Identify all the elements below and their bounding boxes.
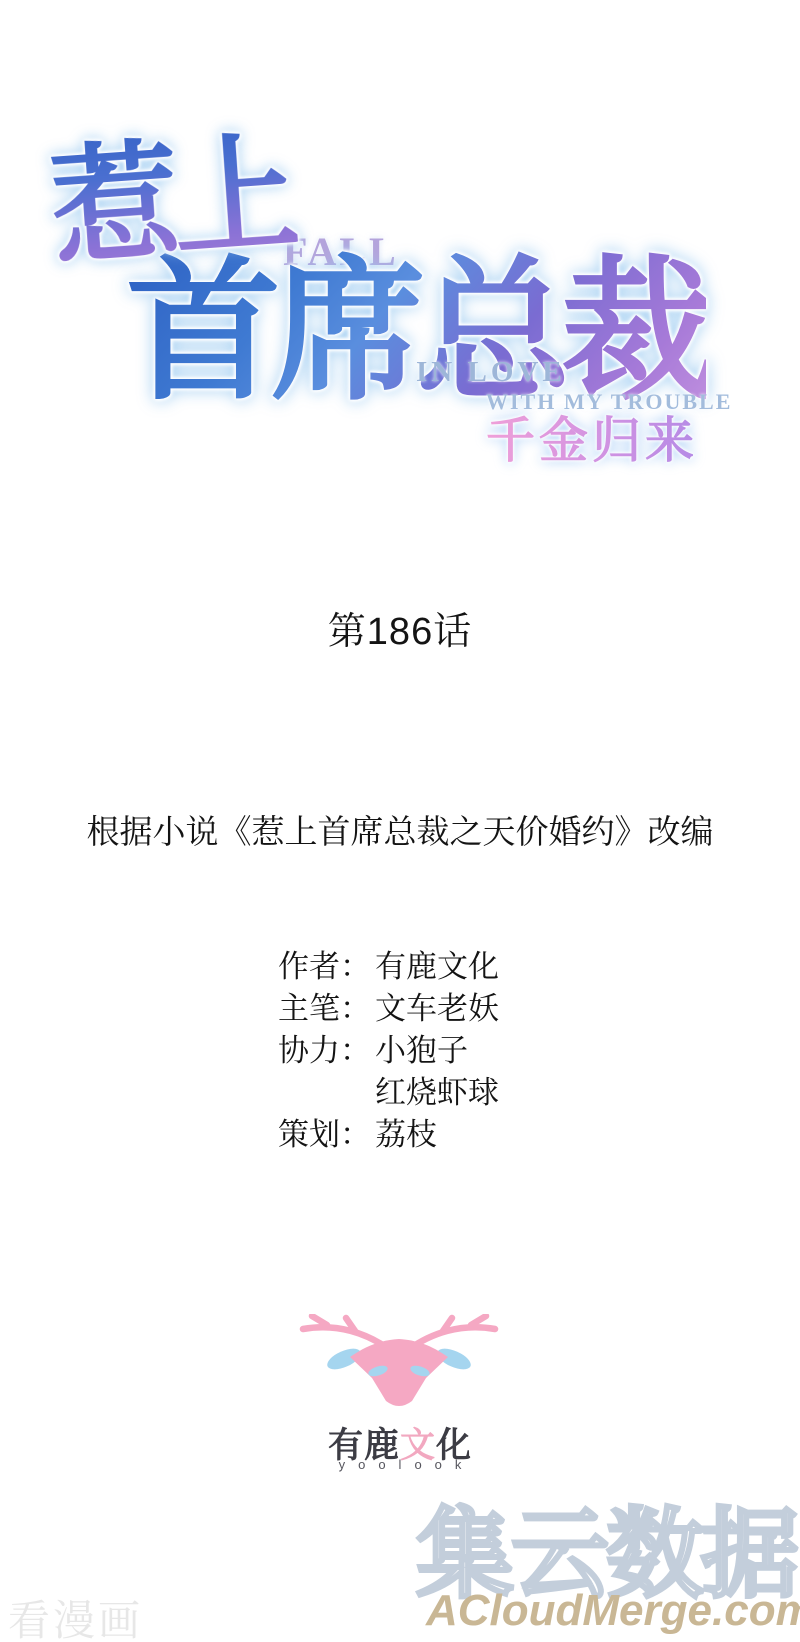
credits-block: 作者： 有鹿文化 主笔： 文车老妖 协力： 小狍子 红烧虾球 策划： 荔枝 xyxy=(278,946,499,1156)
credit-row-author: 作者： 有鹿文化 xyxy=(278,946,499,988)
credit-row-assistant-2: 红烧虾球 xyxy=(278,1072,499,1114)
credit-label: 主笔： xyxy=(278,988,375,1030)
logo-english-in-love: IN LOVE xyxy=(416,356,566,389)
credit-row-assistant: 协力： 小狍子 xyxy=(278,1030,499,1072)
credit-value: 文车老妖 xyxy=(375,988,499,1030)
corner-watermark: 看漫画 xyxy=(8,1588,143,1642)
logo-title-prefix: 惹上 xyxy=(44,90,300,291)
chapter-title: 第186话 xyxy=(0,600,800,655)
logo-subtitle: 千金归来 xyxy=(486,402,698,472)
credit-label: 协力： xyxy=(278,1030,375,1072)
credit-label: 作者： xyxy=(278,946,375,988)
credit-value: 有鹿文化 xyxy=(375,946,499,988)
credit-value: 红烧虾球 xyxy=(375,1072,499,1114)
deer-icon xyxy=(293,1314,505,1410)
adaptation-note: 根据小说《惹上首席总裁之天价婚约》改编 xyxy=(0,806,800,853)
publisher-romanized: yoolook xyxy=(0,1457,800,1472)
credit-label: 策划： xyxy=(278,1114,375,1156)
credit-label xyxy=(278,1072,375,1114)
comic-title-page: FALL 首席总裁 惹上 IN LOVE WITH MY TROUBLE 千金归… xyxy=(0,0,800,1642)
credit-row-planner: 策划： 荔枝 xyxy=(278,1114,499,1156)
credit-value: 小狍子 xyxy=(375,1030,468,1072)
series-logo: FALL 首席总裁 惹上 IN LOVE WITH MY TROUBLE 千金归… xyxy=(0,0,800,480)
watermark-url: ACloudMerge.com xyxy=(426,1586,800,1636)
credit-row-lead-artist: 主笔： 文车老妖 xyxy=(278,988,499,1030)
credit-value: 荔枝 xyxy=(375,1114,437,1156)
